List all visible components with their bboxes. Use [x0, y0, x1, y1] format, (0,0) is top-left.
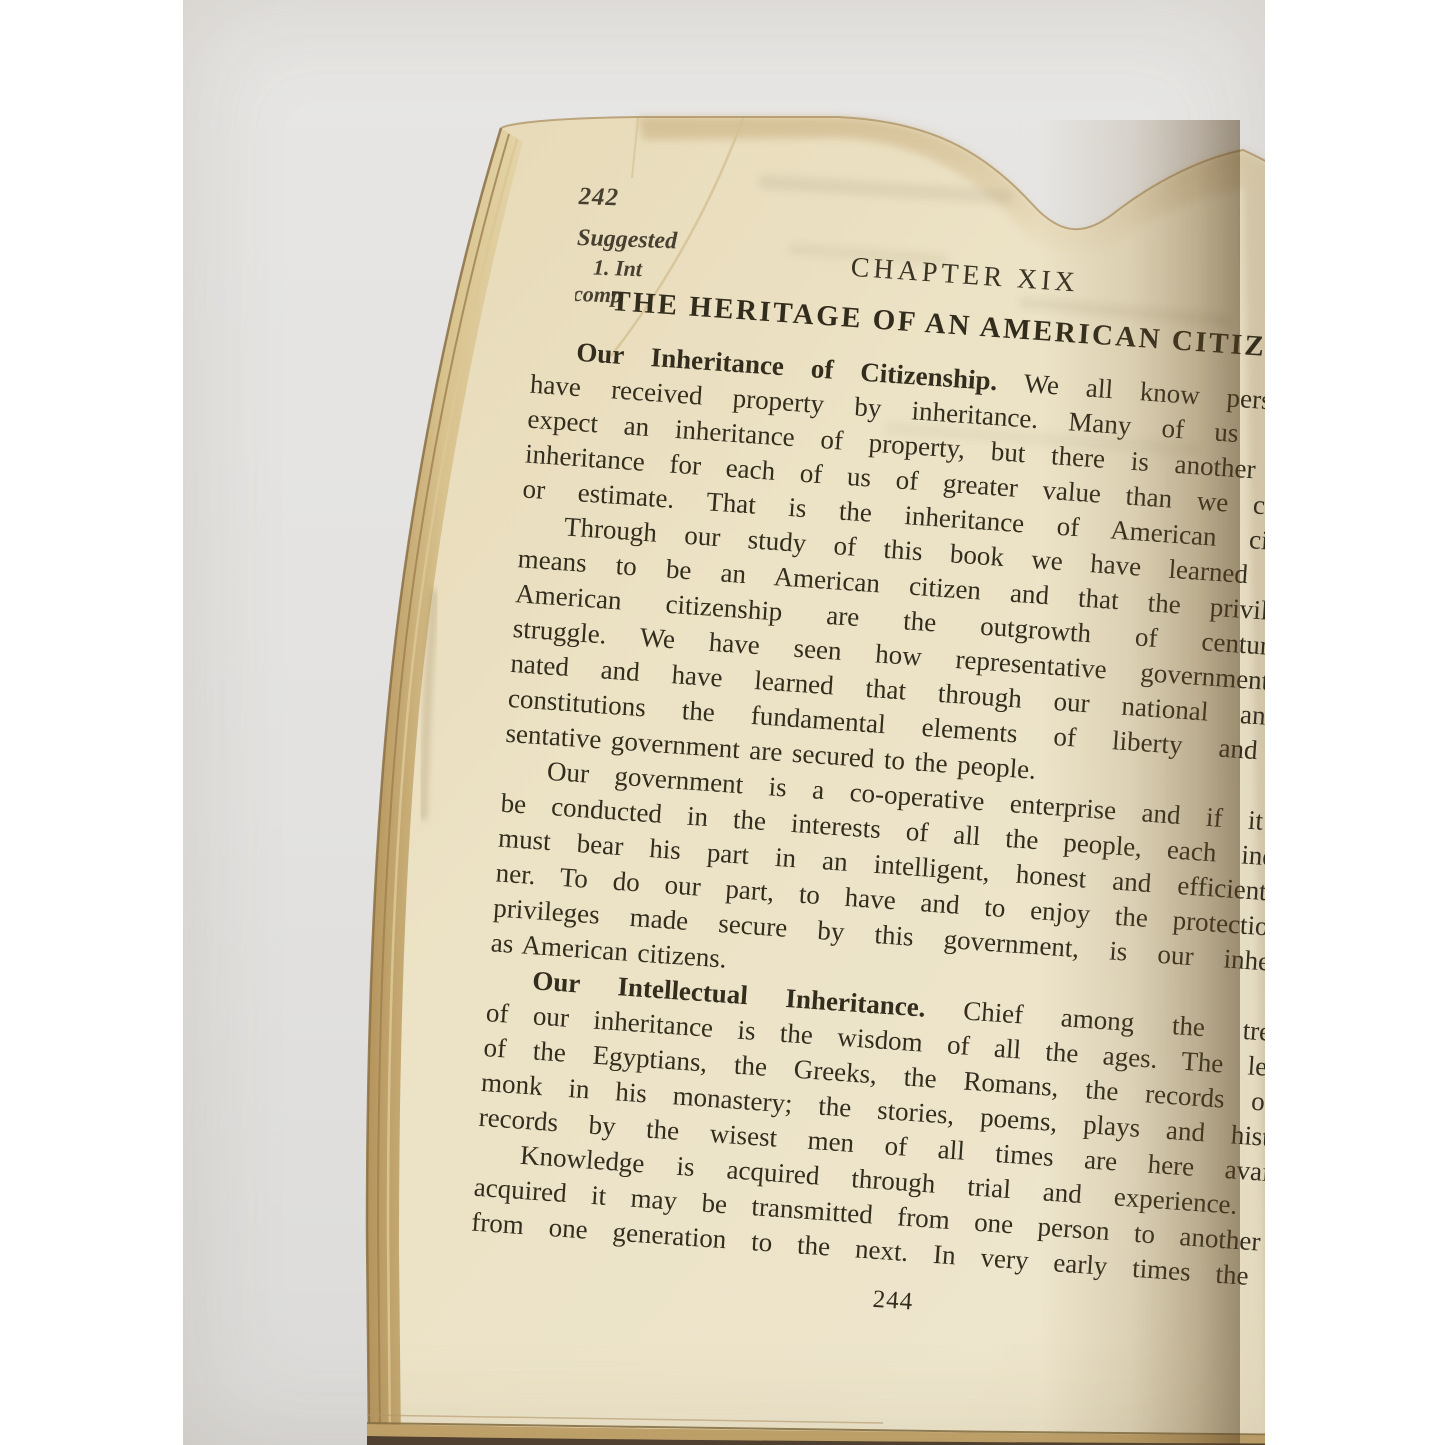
- white-margin-right: [1265, 0, 1445, 1445]
- body-text: Our Inheritance of Citizenship. We all k…: [470, 332, 1265, 1299]
- photo: 242 Suggested 1. Int comp CHAPTER XIX TH…: [183, 0, 1265, 1445]
- white-margin-left: [0, 0, 183, 1445]
- book-photo-scene: 242 Suggested 1. Int comp CHAPTER XIX TH…: [0, 0, 1445, 1445]
- left-page-text: CHAPTER XIX THE HERITAGE OF AN AMERICAN …: [467, 228, 1265, 1348]
- page-number-top: 242: [578, 184, 729, 214]
